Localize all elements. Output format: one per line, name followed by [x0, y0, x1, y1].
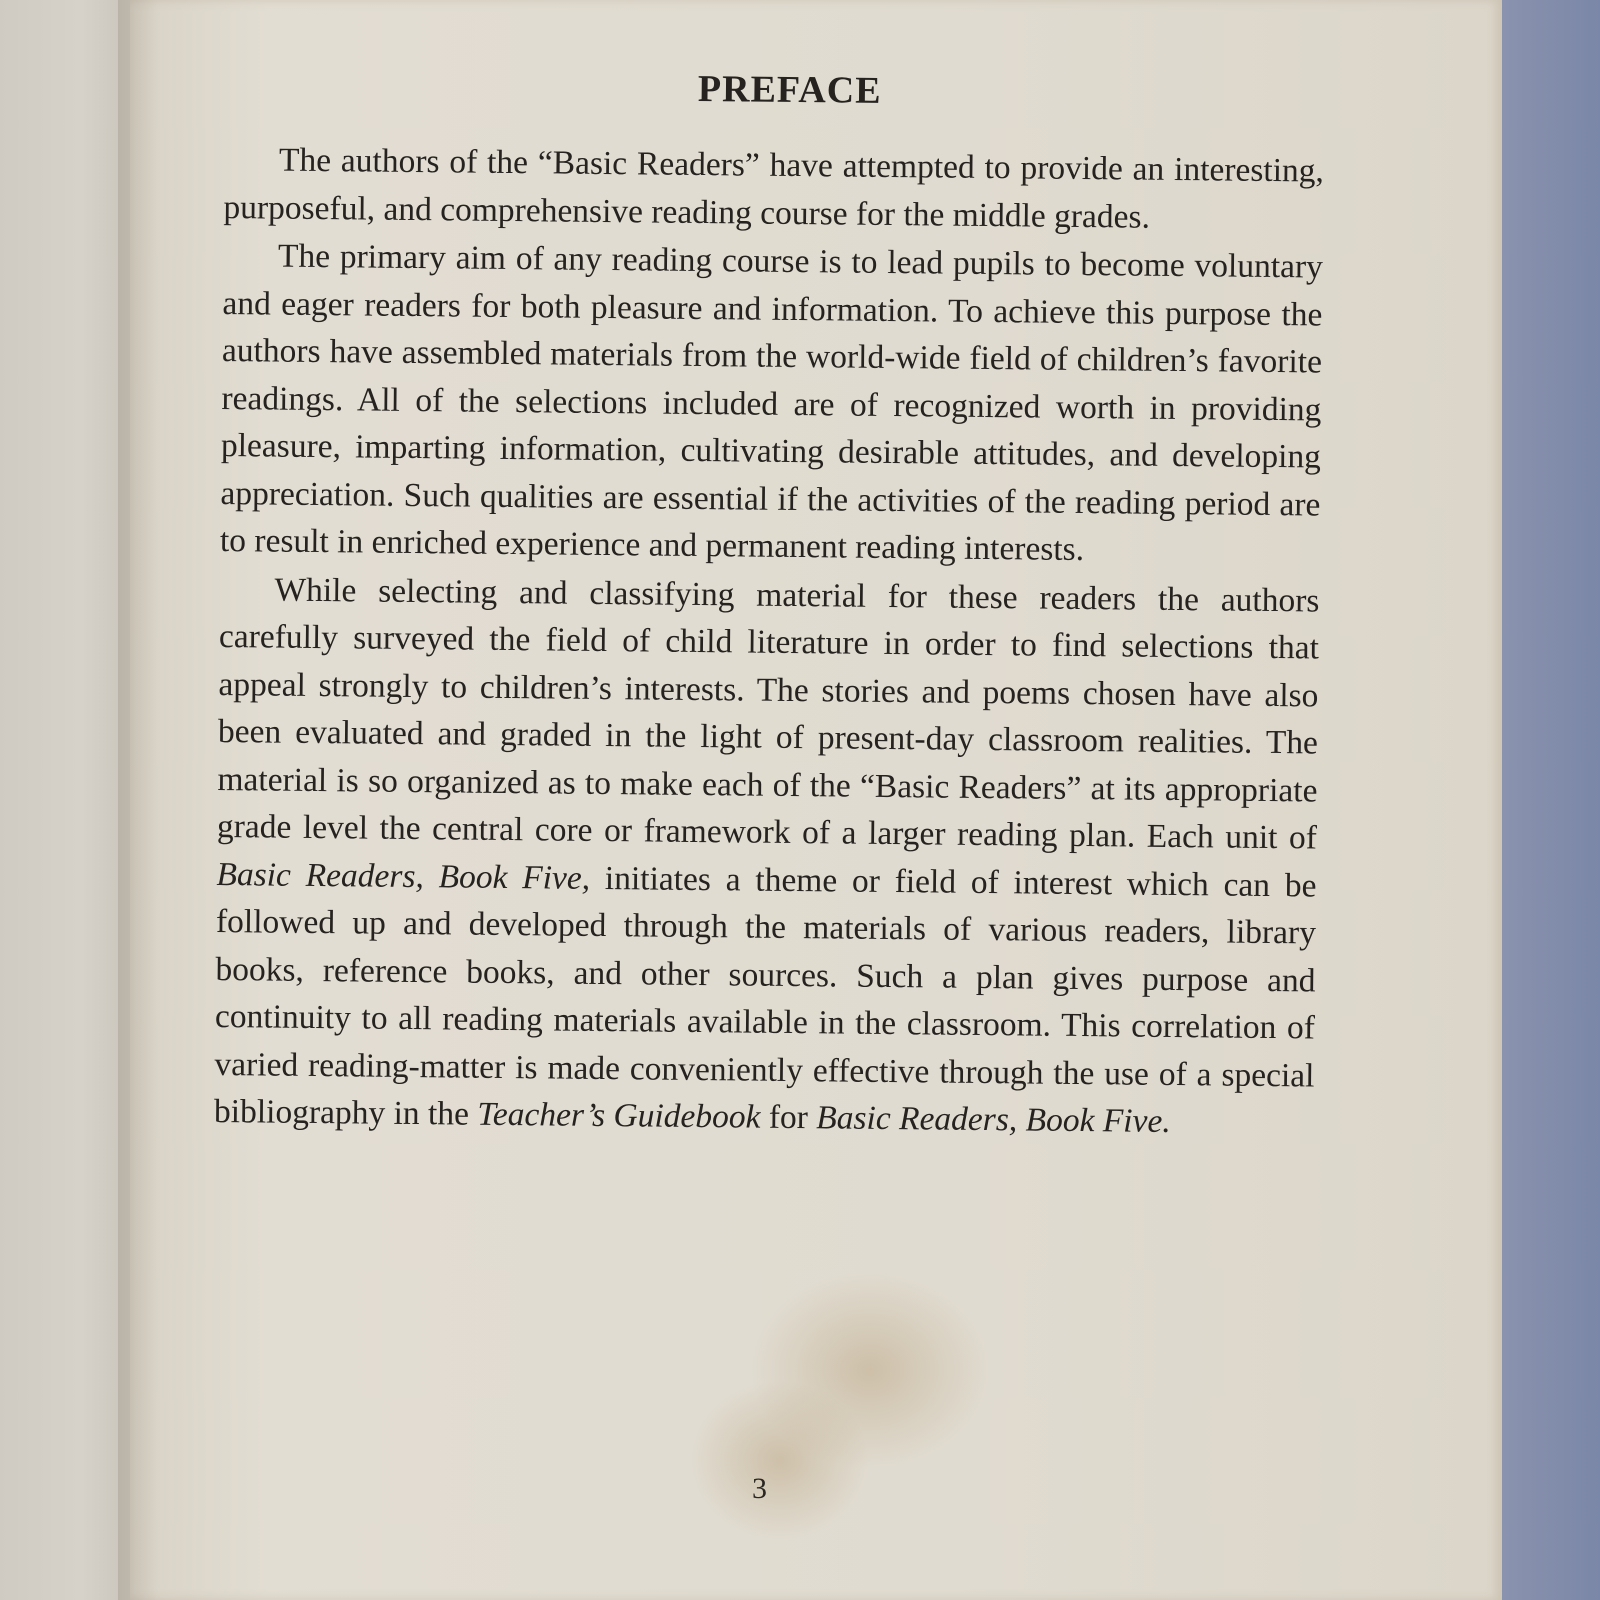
- paragraph-text: for: [760, 1099, 816, 1137]
- paragraph-text: The authors of the “Basic Readers” have …: [223, 142, 1324, 236]
- italic-guidebook-title: Teacher’s Guidebook: [477, 1096, 761, 1136]
- italic-book-title: Basic Readers, Book Five,: [216, 855, 590, 896]
- paragraph-text: While selecting and classifying material…: [217, 571, 1320, 856]
- paragraph-1: The authors of the “Basic Readers” have …: [223, 136, 1324, 243]
- paragraph-3: While selecting and classifying material…: [214, 565, 1320, 1146]
- book-gutter: [118, 0, 158, 1600]
- page-number: 3: [752, 1472, 767, 1506]
- background-surface: [1500, 0, 1600, 1600]
- left-page-edge: [0, 0, 135, 1600]
- paragraph-text: initiates a theme or field of interest w…: [214, 859, 1317, 1132]
- paragraph-2: The primary aim of any reading course is…: [220, 232, 1323, 576]
- italic-book-title: Basic Readers, Book Five.: [816, 1099, 1171, 1140]
- page-content: PREFACE The authors of the “Basic Reader…: [214, 62, 1325, 1147]
- paragraph-text: The primary aim of any reading course is…: [220, 238, 1323, 568]
- page-stain: [690, 1380, 870, 1540]
